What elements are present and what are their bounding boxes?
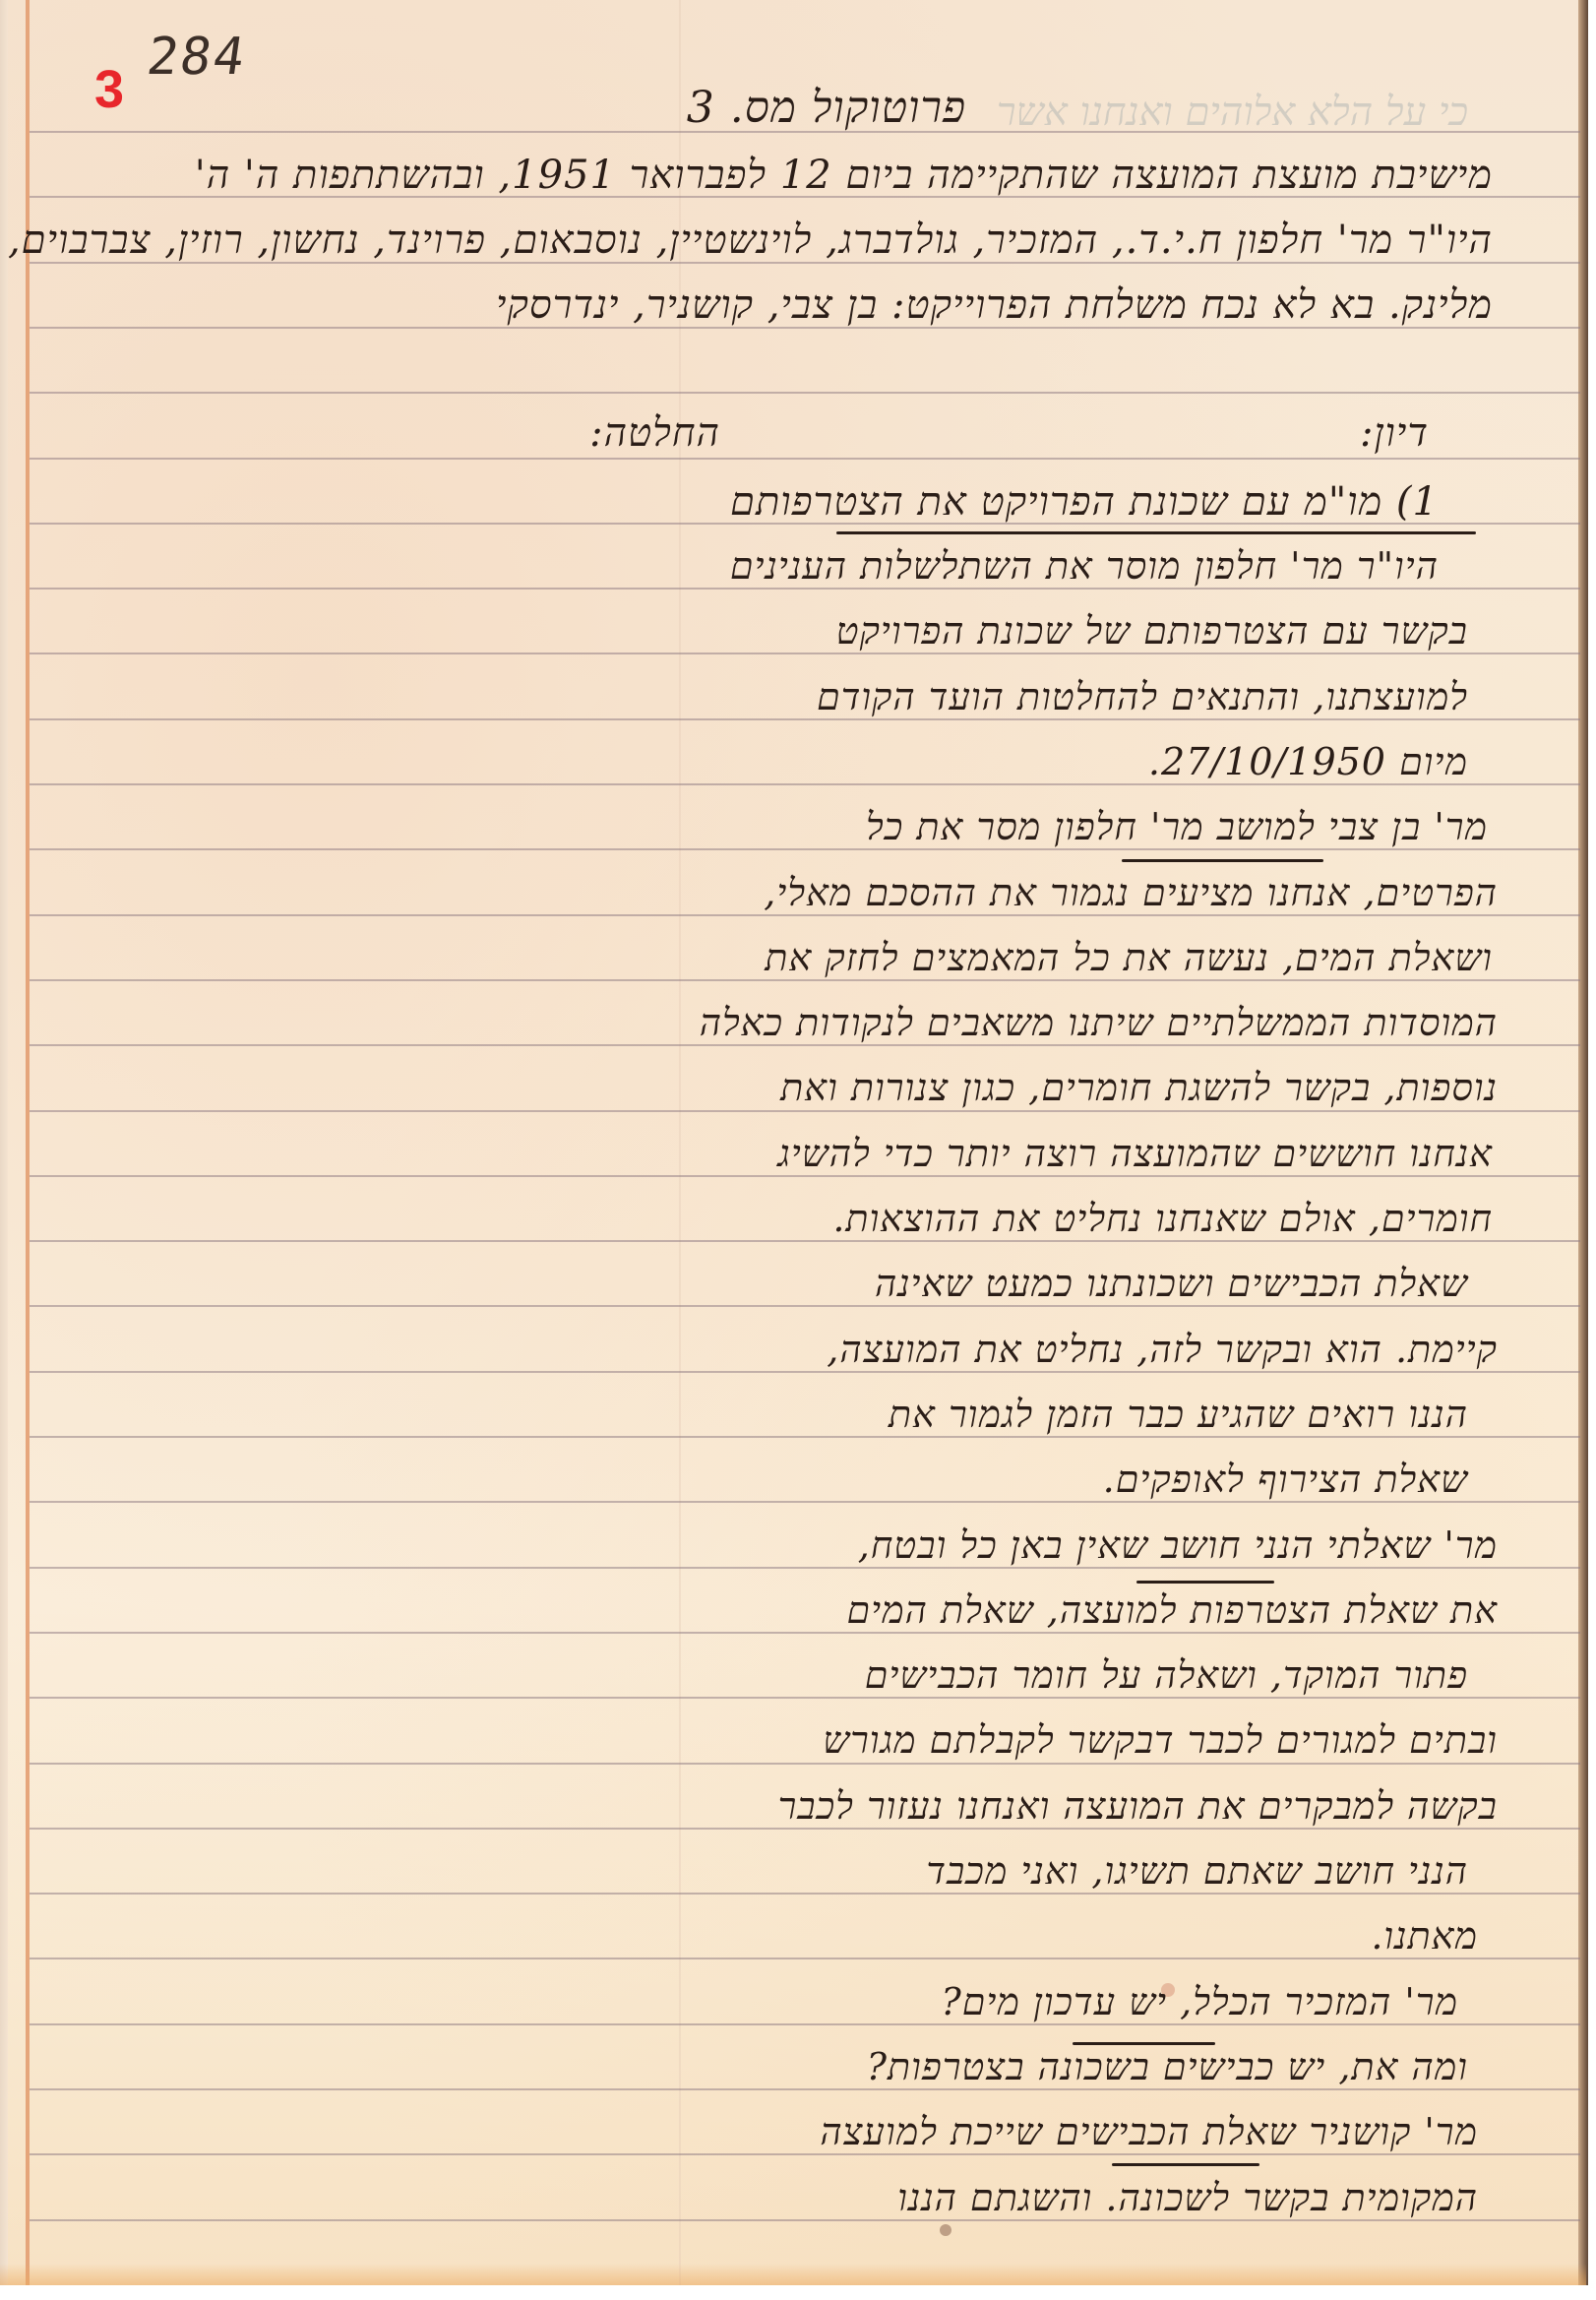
page-bottom-edge xyxy=(0,2264,1586,2285)
rule-line xyxy=(30,1567,1580,1569)
rule-line xyxy=(30,1305,1580,1307)
decision-heading: החלטה: xyxy=(589,413,720,453)
minutes-line: ומה את, יש כבישים בשכונה בצטרפות? xyxy=(867,2048,1468,2085)
agenda-item-underline xyxy=(836,531,1476,534)
rule-line xyxy=(30,2153,1580,2155)
minutes-line: מאתנו. xyxy=(1371,1917,1478,1955)
minutes-line: מר' קושניר שאלת הכבישים שייכת למועצה xyxy=(820,2113,1478,2150)
page-fold xyxy=(679,0,681,2285)
rule-line xyxy=(30,848,1580,850)
intro-line-3: מלינק. בא לא נכח משלחת הפרוייקט: בן צבי,… xyxy=(135,285,1493,325)
minutes-line: את שאלת הצטרפות למועצה, שאלת המים xyxy=(846,1591,1498,1629)
speaker-underline-shealti xyxy=(1136,1581,1274,1584)
rule-line xyxy=(30,392,1580,394)
minutes-line: נוספות, בקשר להשגת חומרים, כגון צנורות ו… xyxy=(780,1069,1498,1106)
page-number: 284 xyxy=(144,28,250,87)
document-title: פרוטוקול מס. 3 xyxy=(687,87,966,130)
rule-line xyxy=(30,914,1580,916)
page-right-edge xyxy=(1578,0,1588,2285)
rule-line xyxy=(30,1828,1580,1830)
rule-line xyxy=(30,588,1580,590)
minutes-line: הננו רואים שהגיע כבר הזמן לגמור את xyxy=(889,1396,1468,1433)
rule-line xyxy=(30,979,1580,981)
minutes-line: מר' בן צבי למושב מר' חלפון מסר את כל xyxy=(866,808,1488,845)
rule-line xyxy=(30,1501,1580,1503)
intro-line-2: היו"ר מר' חלפון ח.י.ד., המזכיר, גולדברג,… xyxy=(135,220,1493,260)
speaker-underline-secretary xyxy=(1073,2042,1215,2045)
minutes-line: חומרים, אולם שאנחנו נחליט את ההוצאות. xyxy=(832,1200,1493,1237)
rule-line xyxy=(30,1436,1580,1438)
minutes-line: מר' המזכיר הכלל, יש עדכון מים? xyxy=(941,1983,1458,2020)
minutes-line: הנני חושב שאתם תשיגו, ואני מכבד xyxy=(926,1852,1468,1890)
rule-line xyxy=(30,1763,1580,1765)
rule-line xyxy=(30,458,1580,460)
bleed-through-text: כי על הלא אלוהים ואנחנו אשר xyxy=(997,89,1468,135)
minutes-line: למועצתנו, והתנאים להחלטות הועד הקודם xyxy=(817,678,1468,715)
rule-line xyxy=(30,1371,1580,1373)
minutes-line: שאלת הצירוף לאופקים. xyxy=(1103,1461,1468,1498)
agenda-item-1: 1) מו"מ עם שכונת הפרויקט את הצטרפותם xyxy=(730,482,1439,522)
rule-line xyxy=(30,653,1580,654)
minutes-line: פתור המוקד, ושאלה על חומר הכבישים xyxy=(865,1656,1468,1694)
speaker-underline-ben-zvi xyxy=(1122,859,1323,862)
rule-line xyxy=(30,783,1580,785)
minutes-line: המקומית בקשר לשכונה. והשגתם הננו xyxy=(897,2179,1478,2216)
notebook-page: כי על הלא אלוהים ואנחנו אשר 284 3 פרוטוק… xyxy=(0,0,1586,2285)
rule-line xyxy=(30,1240,1580,1242)
rule-line xyxy=(30,1697,1580,1699)
minutes-line: היו"ר מר' חלפון מוסר את השתלשלות הענינים xyxy=(730,547,1439,585)
minutes-line: ובתים למגורים לכבר דבקשר לקבלתם מגורש xyxy=(823,1721,1498,1759)
minutes-line: אנחנו חוששים שהמועצה רוצה יותר כדי להשיג xyxy=(777,1135,1493,1172)
red-page-marker: 3 xyxy=(94,59,124,120)
minutes-line: בקשה למבקרים את המועצה ואנחנו נעזור לכבר xyxy=(778,1787,1498,1825)
minutes-line: קיימת. הוא ובקשר לזה, נחליט את המועצה, xyxy=(827,1331,1498,1368)
margin-line xyxy=(26,0,30,2285)
rule-line xyxy=(30,2023,1580,2025)
minutes-line: שאלת הכבישים ושכונתנו כמעט שאינה xyxy=(875,1265,1468,1302)
discussion-heading: דיון: xyxy=(1360,413,1429,453)
minutes-line: ושאלת המים, נעשה את כל המאמצים לחזק את xyxy=(765,939,1493,976)
rule-line xyxy=(30,1632,1580,1634)
minutes-line: המוסדות הממשלתיים שיתנו משאבים לנקודות כ… xyxy=(700,1004,1498,1041)
rule-line xyxy=(30,1044,1580,1046)
minutes-line: מיום 27/10/1950. xyxy=(1148,743,1468,780)
rule-line xyxy=(30,1175,1580,1177)
rule-line xyxy=(30,2088,1580,2090)
minutes-line: הפרטים, אנחנו מציעים נגמור את ההסכם מאלי… xyxy=(764,874,1498,911)
page-left-edge xyxy=(0,0,8,2285)
minutes-line: מר' שאלתי הנני חושב שאין באן כל ובטח, xyxy=(858,1526,1498,1564)
rule-line xyxy=(30,718,1580,720)
speaker-underline-kushnir xyxy=(1112,2163,1259,2166)
ink-stain xyxy=(940,2224,951,2236)
rule-line xyxy=(30,2219,1580,2221)
minutes-line: בקשר עם הצטרפותם של שכונת הפרויקט xyxy=(836,612,1468,650)
rule-line xyxy=(30,1958,1580,1959)
rule-line xyxy=(30,1893,1580,1895)
intro-line-1: מישיבת מועצת המועצה שהתקיימה ביום 12 לפב… xyxy=(135,155,1493,195)
rule-line xyxy=(30,1110,1580,1112)
